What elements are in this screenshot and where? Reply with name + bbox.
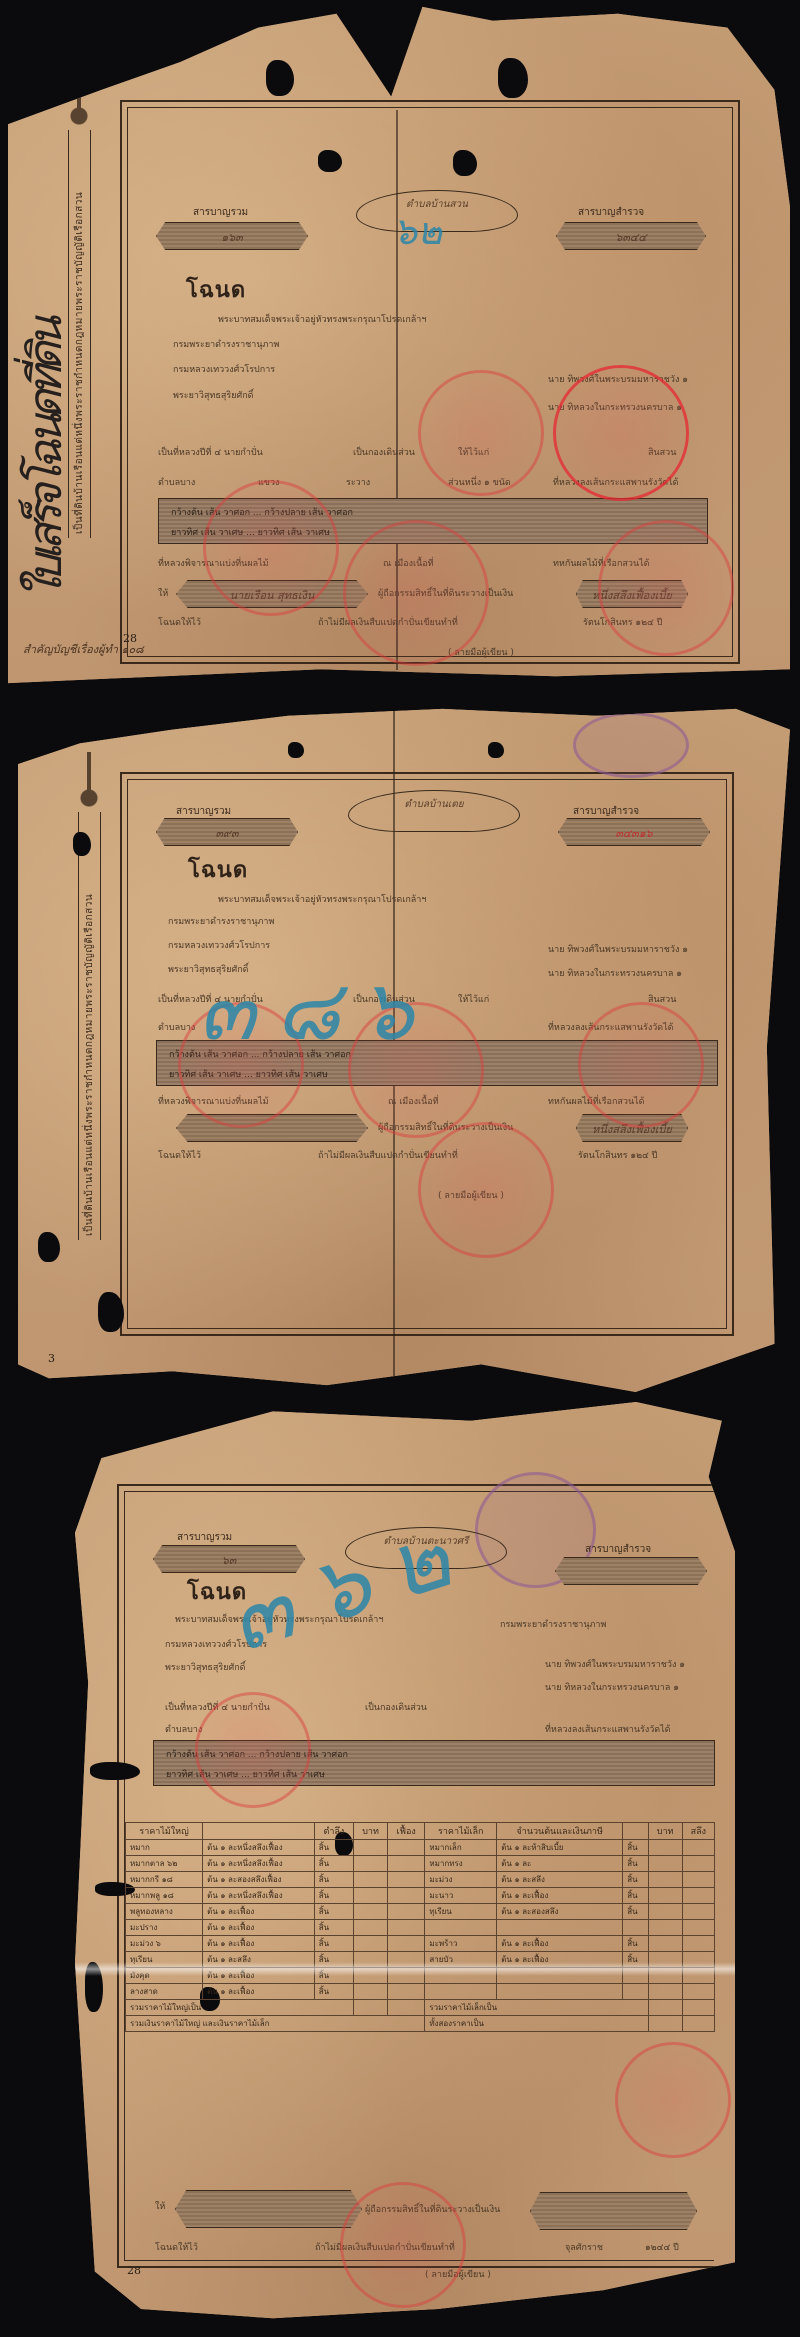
table-cell <box>682 1840 714 1856</box>
right-index-value: ๓๔๓๑๖ <box>559 824 709 842</box>
table-cell: มะม่วง ๖ <box>126 1936 203 1952</box>
side-banner-text: เป็นที่ดินบ้านเรือนแต่หนึ่งพระราชกำหนดกฎ… <box>78 812 101 1240</box>
page-number: 3 <box>48 1352 55 1365</box>
table-cell <box>623 1920 649 1936</box>
table-cell <box>354 1888 388 1904</box>
left-index-value: ๑๖๓ <box>157 228 307 246</box>
table-cell <box>388 1840 425 1856</box>
table-cell: ต้น ๑ ละสลึง <box>497 1872 623 1888</box>
table-cell: หมาก <box>126 1840 203 1856</box>
deed-text-line: ให้ <box>155 2199 165 2213</box>
table-cell: หมากพลู ๑๘ <box>126 1888 203 1904</box>
tree-valuation-table: ราคาไม้ใหญ่ ตำลึง บาท เฟื้อง ราคาไม้เล็ก… <box>125 1822 715 2032</box>
left-index-cartouche: ๑๖๓ <box>156 222 308 250</box>
deed-text-line: พระยาวิสุทธสุริยศักดิ์ <box>165 1660 246 1674</box>
deed-text-line: ตำบลบาง <box>158 475 195 489</box>
table-cell: พลูทองหลาง <box>126 1904 203 1920</box>
deed-text-line: ระวาง <box>346 475 370 489</box>
table-cell: สิ้น <box>314 1984 353 2000</box>
red-seal-stamp <box>195 1692 311 1808</box>
grand-total-row: รวมเงินราคาไม้ใหญ่ และเงินราคาไม้เล็ก ทั… <box>126 2016 715 2032</box>
table-cell <box>648 1936 682 1952</box>
red-seal-stamp <box>203 480 339 616</box>
table-cell: ลางสาด <box>126 1984 203 2000</box>
table-cell: สิ้น <box>314 1936 353 1952</box>
table-cell <box>388 1984 425 2000</box>
table-cell: หมากกรี ๑๘ <box>126 1872 203 1888</box>
left-index-label: สารบาญรวม <box>177 1530 232 1545</box>
table-cell <box>682 1872 714 1888</box>
red-seal-stamp <box>418 1122 554 1258</box>
red-seal-stamp <box>343 520 489 666</box>
table-cell <box>388 1936 425 1952</box>
column-header: ราคาไม้ใหญ่ <box>126 1823 203 1840</box>
table-row: หมากต้น ๑ ละหนึ่งสลึงเฟื้องสิ้นหมากเล็กต… <box>126 1840 715 1856</box>
table-cell: มะม่วง <box>425 1872 497 1888</box>
red-ink-annotation: ๒ <box>230 1403 238 1422</box>
table-cell: มะปราง <box>126 1920 203 1936</box>
table-cell <box>388 1856 425 1872</box>
table-cell: ต้น ๑ ละเฟื้อง <box>497 1888 623 1904</box>
deed-text-line: เป็นกองเดินส่วน <box>365 1700 427 1714</box>
column-header <box>623 1823 649 1840</box>
table-cell: ต้น ๑ ละเฟื้อง <box>203 1920 315 1936</box>
left-index-cartouche: ๓๙๓ <box>156 818 298 846</box>
deed-text-line: นาย ทิหลวงในกระทรวงนครบาล ๑ <box>548 966 682 980</box>
right-index-value: ๖๓๔๔ <box>557 228 705 246</box>
table-cell <box>354 1856 388 1872</box>
paper-hole <box>73 832 91 856</box>
table-cell: ต้น ๑ ละเฟื้อง <box>497 1936 623 1952</box>
table-cell <box>497 1984 623 2000</box>
paper-hole <box>365 2317 383 2329</box>
grand-total-right-label: ทั้งสองราคาเป็น <box>425 2016 648 2032</box>
table-cell <box>682 1984 714 2000</box>
table-row: มะม่วง ๖ต้น ๑ ละเฟื้องสิ้นมะพร้าวต้น ๑ ล… <box>126 1936 715 1952</box>
deed-scan-3: ๒ สารบาญรวม ๖๓ สารบาญสำรวจ ตำบลบ้านตะนาว… <box>75 1402 735 2337</box>
blue-ink-annotation: ๖๒ <box>393 200 442 261</box>
paper-hole <box>318 150 342 172</box>
deed-text-line: จุลศักราช <box>565 2240 603 2254</box>
deed-text-line: พระบาทสมเด็จพระเจ้าอยู่หัวทรงพระกรุณาโปร… <box>218 892 426 906</box>
table-cell: สิ้น <box>314 1904 353 1920</box>
table-cell: ต้น ๑ ละ <box>497 1856 623 1872</box>
deed-text-line: ที่หลวงลงเส้นกระแสพานรังวัดได้ <box>545 1722 671 1736</box>
district-ribbon: ตำบลบ้านเตย <box>348 790 520 832</box>
right-index-label: สารบาญสำรวจ <box>573 804 639 819</box>
subtotal-big-label: รวมราคาไม้ใหญ่เป็น <box>126 2000 354 2016</box>
table-row: หมากพลู ๑๘ต้น ๑ ละหนึ่งสลึงเฟื้องสิ้นมะน… <box>126 1888 715 1904</box>
deed-text-line: พระยาวิสุทธสุริยศักดิ์ <box>173 388 254 402</box>
tape-glare <box>75 1962 735 1976</box>
column-header <box>203 1823 315 1840</box>
deed-scan-1: ใบเสร็จโฉนดที่ดิน เป็นที่ดินบ้านเรือนแต่… <box>8 0 790 690</box>
deed-scan-2: เป็นที่ดินบ้านเรือนแต่หนึ่งพระราชกำหนดกฎ… <box>18 702 790 1392</box>
table-cell <box>354 1984 388 2000</box>
royal-side-ornament: เป็นที่ดินบ้านเรือนแต่หนึ่งพระราชกำหนดกฎ… <box>48 60 110 600</box>
red-seal-stamp <box>615 2042 731 2158</box>
table-cell <box>354 1904 388 1920</box>
right-index-cartouche: ๓๔๓๑๖ <box>558 818 710 846</box>
table-cell: ต้น ๑ ละเฟื้อง <box>203 1904 315 1920</box>
table-cell: สิ้น <box>623 1904 649 1920</box>
table-row: ลางสาดต้น ๑ ละเฟื้องสิ้น <box>126 1984 715 2000</box>
column-header: ตำลึง <box>314 1823 353 1840</box>
deed-text-line: กรมพระยาดำรงราชานุภาพ <box>173 337 279 351</box>
table-cell <box>648 1840 682 1856</box>
table-cell: สิ้น <box>623 1936 649 1952</box>
right-index-cartouche: ๖๓๔๔ <box>556 222 706 250</box>
table-cell <box>388 1920 425 1936</box>
table-cell: ทุเรียน <box>425 1904 497 1920</box>
table-cell: มะพร้าว <box>425 1936 497 1952</box>
column-header: เฟื้อง <box>388 1823 425 1840</box>
paper-hole <box>90 1762 140 1780</box>
paper-hole <box>288 742 304 758</box>
table-cell <box>682 1936 714 1952</box>
deed-text-line: ๑๒๔๔ ปี <box>645 2240 679 2254</box>
red-seal-stamp <box>598 520 734 656</box>
table-cell: หมากเล็ก <box>425 1840 497 1856</box>
table-cell: ต้น ๑ ละเฟื้อง <box>203 1936 315 1952</box>
grantee-cartouche <box>175 2190 362 2228</box>
table-cell <box>388 1904 425 1920</box>
paper-hole <box>266 60 294 96</box>
left-index-value: ๓๙๓ <box>157 824 297 842</box>
purple-seal-stamp <box>573 712 689 778</box>
blue-ink-annotation: ๓๘๖ <box>198 942 434 1076</box>
table-cell <box>425 1920 497 1936</box>
table-cell: มะนาว <box>425 1888 497 1904</box>
royal-crown-icon <box>59 60 99 130</box>
table-row: หมากกรี ๑๘ต้น ๑ ละสองสลึงเฟื้องสิ้นมะม่ว… <box>126 1872 715 1888</box>
table-cell <box>425 1984 497 2000</box>
table-cell: สิ้น <box>623 1872 649 1888</box>
deed-text-line: โฉนดให้ไว้ <box>155 2240 198 2254</box>
table-cell <box>648 1920 682 1936</box>
page-number: 28 <box>127 2264 141 2277</box>
table-row: มะปรางต้น ๑ ละเฟื้องสิ้น <box>126 1920 715 1936</box>
table-cell <box>648 1904 682 1920</box>
table-cell: สิ้น <box>314 1872 353 1888</box>
left-index-label: สารบาญรวม <box>176 804 231 819</box>
table-cell <box>497 1920 623 1936</box>
table-cell <box>354 1936 388 1952</box>
deed-text-line: ให้ <box>158 586 168 600</box>
table-cell: ต้น ๑ ละหนึ่งสลึงเฟื้อง <box>203 1856 315 1872</box>
table-row: พลูทองหลางต้น ๑ ละเฟื้องสิ้นทุเรียนต้น ๑… <box>126 1904 715 1920</box>
column-header: บาท <box>354 1823 388 1840</box>
deed-text-line: กรมหลวงเทววงศ์วโรปการ <box>173 362 275 376</box>
table-cell: สิ้น <box>314 1840 353 1856</box>
table-cell: ต้น ๑ ละสองสลึงเฟื้อง <box>203 1872 315 1888</box>
deed-text-line: กรมพระยาดำรงราชานุภาพ <box>168 914 274 928</box>
table-cell <box>648 1872 682 1888</box>
side-banner-text: เป็นที่ดินบ้านเรือนแต่หนึ่งพระราชกำหนดกฎ… <box>68 130 91 538</box>
fee-cartouche <box>530 2192 697 2230</box>
table-header-row: ราคาไม้ใหญ่ ตำลึง บาท เฟื้อง ราคาไม้เล็ก… <box>126 1823 715 1840</box>
paper-hole <box>488 742 504 758</box>
table-cell <box>388 1888 425 1904</box>
subtotal-small-label: รวมราคาไม้เล็กเป็น <box>425 2000 648 2016</box>
table-cell <box>648 1856 682 1872</box>
paper-hole <box>453 150 477 176</box>
deed-text-line: โฉนดให้ไว้ <box>158 1148 201 1162</box>
royal-side-ornament: เป็นที่ดินบ้านเรือนแต่หนึ่งพระราชกำหนดกฎ… <box>58 742 120 1302</box>
deed-text-line: เป็นกองเดินส่วน <box>353 445 415 459</box>
table-cell: ต้น ๑ ละเฟื้อง <box>203 1984 315 2000</box>
table-cell <box>682 1856 714 1872</box>
deed-text-line: โฉนดให้ไว้ <box>158 615 201 629</box>
table-cell: สิ้น <box>314 1888 353 1904</box>
red-seal-stamp <box>340 2182 466 2308</box>
table-cell: ต้น ๑ ละห้าสิบเบี้ย <box>497 1840 623 1856</box>
red-seal-stamp <box>553 365 689 501</box>
table-cell: หมากตาล ๖๒ <box>126 1856 203 1872</box>
deed-text-line: ให้ไว้แก่ <box>458 992 489 1006</box>
left-index-label: สารบาญรวม <box>193 205 248 220</box>
royal-crown-icon <box>69 742 109 812</box>
red-seal-stamp <box>578 1002 704 1128</box>
right-index-label: สารบาญสำรวจ <box>585 1542 651 1557</box>
table-cell <box>682 1888 714 1904</box>
margin-note: สำคัญบัญชีเรื่องผู้ทำ ๑๐๘ <box>23 640 144 658</box>
right-index-label: สารบาญสำรวจ <box>578 205 644 220</box>
side-stripe-text: ใบเสร็จโฉนดที่ดิน <box>8 40 34 600</box>
table-cell: สิ้น <box>314 1856 353 1872</box>
deed-text-line: นาย ทิหลวงในกระทรวงนครบาล ๑ <box>545 1680 679 1694</box>
table-cell <box>354 1920 388 1936</box>
table-cell: ต้น ๑ ละหนึ่งสลึงเฟื้อง <box>203 1840 315 1856</box>
table-cell <box>623 1984 649 2000</box>
deed-text-line: รัตนโกสินทร ๑๒๔ ปี <box>578 1148 657 1162</box>
deed-title: โฉนด <box>186 272 246 307</box>
table-cell <box>648 1888 682 1904</box>
deed-text-line: พระบาทสมเด็จพระเจ้าอยู่หัวทรงพระกรุณาโปร… <box>218 312 426 326</box>
table-cell: หมากทรง <box>425 1856 497 1872</box>
table-cell: สิ้น <box>314 1920 353 1936</box>
red-seal-stamp <box>418 370 544 496</box>
table-cell <box>354 1840 388 1856</box>
column-header: จำนวนต้นและเงินภาษี <box>497 1823 623 1840</box>
subtotal-row: รวมราคาไม้ใหญ่เป็น รวมราคาไม้เล็กเป็น <box>126 2000 715 2016</box>
table-cell: สิ้น <box>623 1856 649 1872</box>
paper-hole <box>98 1292 124 1332</box>
grand-total-label: รวมเงินราคาไม้ใหญ่ และเงินราคาไม้เล็ก <box>126 2016 425 2032</box>
paper-hole <box>38 1232 60 1262</box>
deed-text-line: นาย ทิพวงศ์ในพระบรมมหาราชวัง ๑ <box>545 1657 685 1671</box>
deed-text-line: นาย ทิพวงศ์ในพระบรมมหาราชวัง ๑ <box>548 942 688 956</box>
table-row: หมากตาล ๖๒ต้น ๑ ละหนึ่งสลึงเฟื้องสิ้นหมา… <box>126 1856 715 1872</box>
deed-text-line: กรมพระยาดำรงราชานุภาพ <box>500 1617 606 1631</box>
table-cell: ต้น ๑ ละหนึ่งสลึงเฟื้อง <box>203 1888 315 1904</box>
district-ribbon-text: ตำบลบ้านเตย <box>349 797 519 812</box>
table-cell <box>682 1904 714 1920</box>
right-index-cartouche <box>555 1557 707 1585</box>
column-header: ราคาไม้เล็ก <box>425 1823 497 1840</box>
table-cell: สิ้น <box>623 1840 649 1856</box>
deed-text-line: เป็นที่หลวงปีที่ ๔ นายกำปั่น <box>158 445 263 459</box>
table-cell <box>648 1984 682 2000</box>
table-cell: สิ้น <box>623 1888 649 1904</box>
column-header: บาท <box>648 1823 682 1840</box>
table-cell <box>682 1920 714 1936</box>
paper-hole <box>498 58 528 98</box>
table-cell: ต้น ๑ ละสองสลึง <box>497 1904 623 1920</box>
table-cell <box>388 1872 425 1888</box>
column-header: สลึง <box>682 1823 714 1840</box>
deed-title: โฉนด <box>188 852 248 887</box>
table-cell <box>354 1872 388 1888</box>
